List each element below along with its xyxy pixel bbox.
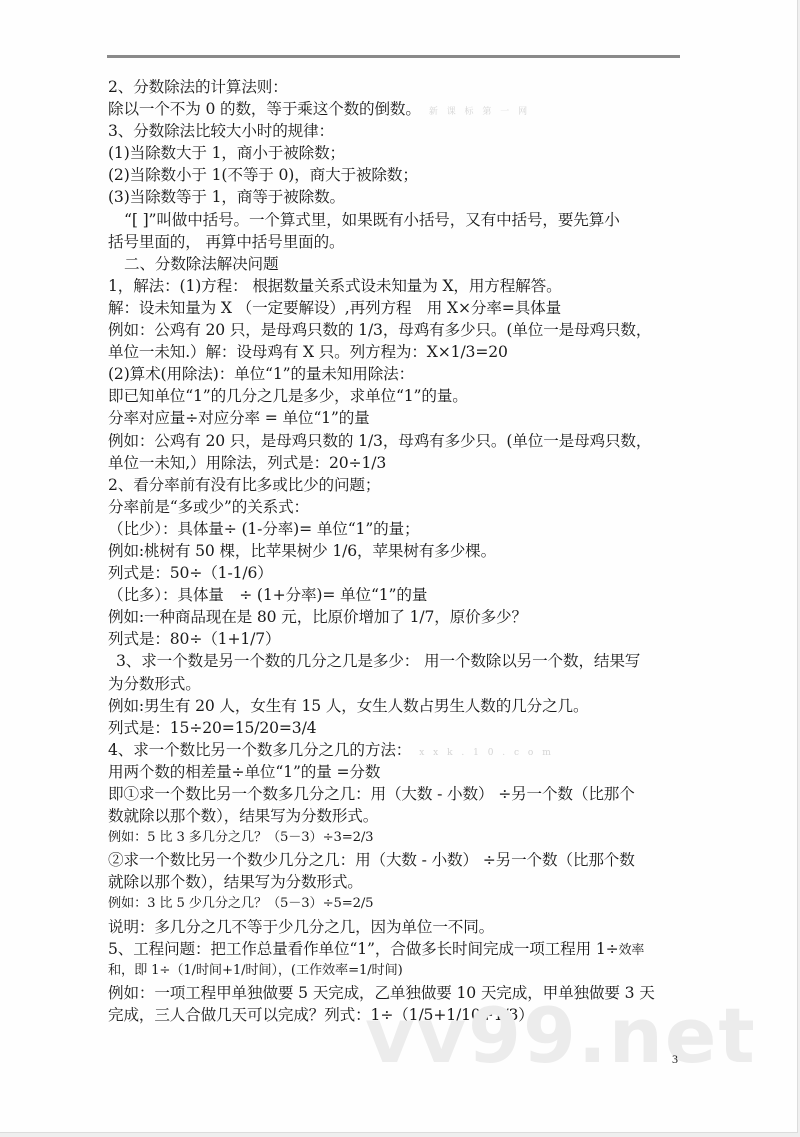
- site-watermark: vv99.net: [365, 998, 757, 1074]
- section-heading: 二、分数除法解决问题: [108, 253, 708, 275]
- example-line: 单位一未知.）解：设母鸡有 X 只。列方程为：X×1/3=20: [108, 341, 708, 363]
- expression-line: 列式是：50÷（1-1/6）: [108, 562, 708, 584]
- example-line: 例如：公鸡有 20 只，是母鸡只数的 1/3，母鸡有多少只。(单位一是母鸡只数，: [108, 430, 708, 452]
- text-line: 解：设未知量为 X （一定要解设）,再列方程 用 X×分率=具体量: [108, 297, 708, 319]
- heading-fraction-of: 3、求一个数是另一个数的几分之几是多少： 用一个数除以另一个数，结果写: [108, 650, 708, 672]
- heading-more-fraction: 4、求一个数比另一个数多几分之几的方法：: [108, 741, 411, 759]
- work-problem-suffix: 效率: [619, 943, 645, 958]
- text-line: 即已知单位“1”的几分之几是多少，求单位“1”的量。: [108, 385, 708, 407]
- text-line: 括号里面的， 再算中括号里面的。: [108, 231, 708, 253]
- example-line: 单位一未知,）用除法，列式是：20÷1/3: [108, 452, 708, 474]
- example-line: 例如:桃树有 50 棵，比苹果树少 1/6，苹果树有多少棵。: [108, 540, 708, 562]
- text-line: 为分数形式。: [108, 673, 708, 695]
- formula-line: 分率对应量÷对应分率 = 单位“1”的量: [108, 407, 708, 429]
- text-line: (2)当除数小于 1(不等于 0)，商大于被除数；: [108, 164, 708, 186]
- rule-text: 除以一个不为 0 的数，等于乘这个数的倒数。: [108, 100, 421, 118]
- text-line: 即①求一个数比另一个数多几分之几：用（大数 - 小数） ÷另一个数（比那个: [108, 783, 708, 805]
- text-line: (3)当除数等于 1，商等于被除数。: [108, 186, 708, 208]
- text-line: ②求一个数比另一个数少几分之几：用（大数 - 小数） ÷另一个数（比那个数: [108, 849, 708, 871]
- example-line: 例如：5 比 3 多几分之几？（5－3）÷3=2/3: [108, 827, 708, 849]
- text-line: 4、求一个数比另一个数多几分之几的方法：x x k . 1 0 . c o m: [108, 739, 708, 761]
- text-line: 1，解法：(1)方程： 根据数量关系式设未知量为 X，用方程解答。: [108, 275, 708, 297]
- text-line: 除以一个不为 0 的数，等于乘这个数的倒数。新 课 标 第 一 网: [108, 98, 708, 120]
- example-line: 例如：公鸡有 20 只，是母鸡只数的 1/3，母鸡有多少只。(单位一是母鸡只数，: [108, 319, 708, 341]
- formula-line: 和，即 1÷（1/时间+1/时间），(工作效率=1/时间): [108, 960, 708, 982]
- expression-line: 列式是：80÷（1+1/7）: [108, 628, 708, 650]
- page-content: 2、分数除法的计算法则： 除以一个不为 0 的数，等于乘这个数的倒数。新 课 标…: [108, 76, 708, 1026]
- text-line: 就除以那个数），结果写为分数形式。: [108, 871, 708, 893]
- text-line: (1)当除数大于 1，商小于被除数；: [108, 142, 708, 164]
- text-line: (2)算术(用除法)：单位“1”的量未知用除法：: [108, 363, 708, 385]
- page-number: 3: [672, 1052, 678, 1067]
- faint-watermark-text: 新 课 标 第 一 网: [429, 107, 530, 117]
- example-line: 例如:男生有 20 人，女生有 15 人，女生人数占男生人数的几分之几。: [108, 695, 708, 717]
- text-line: 数就除以那个数），结果写为分数形式。: [108, 805, 708, 827]
- formula-line: （比多）：具体量 ÷ (1+分率)= 单位“1”的量: [108, 584, 708, 606]
- formula-line: 用两个数的相差量÷单位“1”的量 =分数: [108, 761, 708, 783]
- document-page: 2、分数除法的计算法则： 除以一个不为 0 的数，等于乘这个数的倒数。新 课 标…: [0, 0, 798, 1133]
- example-line: 例如：3 比 5 少几分之几？（5－3）÷5=2/5: [108, 893, 708, 915]
- heading-compare-rule: 3、分数除法比较大小时的规律：: [108, 120, 708, 142]
- text-line: 分率前是“多或少”的关系式：: [108, 496, 708, 518]
- work-problem-text: 5、工程问题：把工作总量看作单位“1”，合做多长时间完成一项工程用 1÷: [108, 940, 619, 958]
- heading-division-rule: 2、分数除法的计算法则：: [108, 76, 708, 98]
- example-line: 例如:一种商品现在是 80 元，比原价增加了 1/7，原价多少？: [108, 606, 708, 628]
- formula-line: （比少）：具体量÷ (1-分率)= 单位“1”的量；: [108, 518, 708, 540]
- text-line: “[ ]”叫做中括号。一个算式里，如果既有小括号，又有中括号，要先算小: [108, 209, 708, 231]
- note-line: 说明：多几分之几不等于少几分之几，因为单位一不同。: [108, 916, 708, 938]
- heading-work-problem: 5、工程问题：把工作总量看作单位“1”，合做多长时间完成一项工程用 1÷效率: [108, 938, 708, 960]
- expression-line: 列式是：15÷20=15/20=3/4: [108, 717, 708, 739]
- heading-more-less: 2、看分率前有没有比多或比少的问题；: [108, 474, 708, 496]
- faint-watermark-text: x x k . 1 0 . c o m: [419, 748, 554, 758]
- header-rule: [107, 55, 680, 58]
